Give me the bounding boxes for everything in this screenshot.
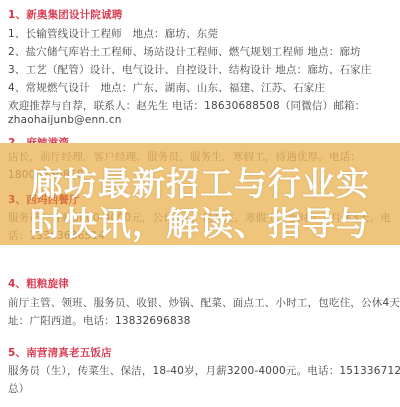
section-2-line-1: 店长，前厅经理，客户经理，服务员，服务生，寒假工，待遇优厚。电话：	[8, 150, 361, 164]
section-heading-4: 4、粗粮旋律	[8, 277, 69, 291]
section-4-line-2: 址：广阳西道。电话：13832696838	[8, 314, 191, 328]
section-1-line-3: 3、工艺（配管）设计、电气设计、自控设计、结构设计 地点：廊坊、石家庄	[8, 63, 372, 77]
banner-title-line-2: 时快讯，解读、指导与	[0, 204, 400, 244]
section-1-line-2: 2、盐穴储气库岩土工程师、场站设计工程师、燃气规划工程师 地点：廊坊	[8, 45, 361, 59]
banner-title-line-1: 廊坊最新招工与行业实	[0, 164, 400, 204]
article-body: 1、新奥集团设计院诚聘 1、长输管线设计工程师 地点：廊坊、东莞 2、盐穴储气库…	[0, 0, 400, 407]
section-5-line-1: 服务员（生），传菜生、保洁，18-40岁，月薪3200-4000元。电话：151…	[8, 364, 400, 378]
section-1-line-4: 4、常规燃气设计 地点：广东、湖南、山东、福建、江苏、石家庄	[8, 81, 325, 95]
contact-email: zhaohaijunb@enn.cn	[8, 113, 122, 127]
section-4-line-1: 前厅主管、领班、服务员、收银、炒锅、配菜、面点工、小时工，包吃住，公休4天。地	[8, 296, 400, 310]
section-heading-5: 5、南营清真老五饭店	[8, 346, 112, 360]
section-5-line-2: 总）	[8, 382, 29, 396]
section-1-line-5: 欢迎推荐与自荐，联系人：赵先生 电话：18630688508（同微信）邮箱：	[8, 99, 365, 113]
section-1-line-1: 1、长输管线设计工程师 地点：廊坊、东莞	[8, 27, 218, 41]
section-heading-1: 1、新奥集团设计院诚聘	[8, 8, 123, 22]
title-banner: 店长，前厅经理，客户经理，服务员，服务生，寒假工，待遇优厚。电话： 180003…	[0, 143, 400, 245]
